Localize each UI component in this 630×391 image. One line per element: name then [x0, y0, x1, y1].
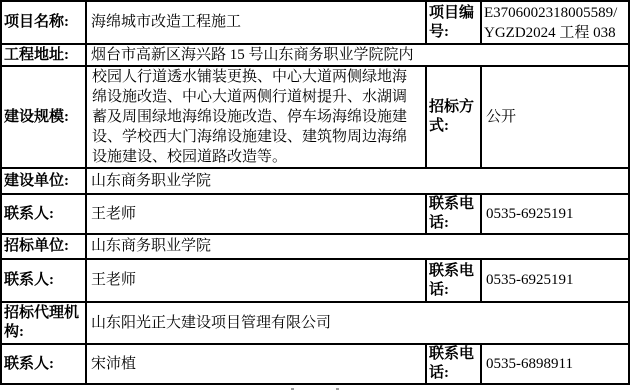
contact-phone-2-label: 联系电话:: [427, 260, 482, 303]
contact-phone-2-value: 0535-6925191: [482, 260, 628, 303]
construction-scale-label: 建设规模:: [2, 67, 87, 169]
tendering-agency-label: 招标代理机构:: [2, 303, 87, 345]
contact-person-1-value: 王老师: [87, 195, 427, 235]
project-info-document: 项目名称: 海绵城市改造工程施工 项目编号: E3706002318005589…: [0, 0, 630, 391]
contact-person-2-label: 联系人:: [2, 260, 87, 303]
contact-phone-1-value: 0535-6925191: [482, 195, 628, 235]
project-address-label: 工程地址:: [2, 45, 87, 67]
project-name-label: 项目名称:: [2, 2, 87, 45]
contact-person-2-value: 王老师: [87, 260, 427, 303]
contact-phone-1-label: 联系电话:: [427, 195, 482, 235]
project-info-table: 项目名称: 海绵城市改造工程施工 项目编号: E3706002318005589…: [0, 0, 630, 385]
table-continuation-mark: [336, 388, 339, 390]
contact-person-3-value: 宋沛植: [87, 345, 427, 383]
contact-phone-3-value: 0535-6898911: [482, 345, 628, 383]
project-name-value: 海绵城市改造工程施工: [87, 2, 427, 45]
tendering-unit-value: 山东商务职业学院: [87, 235, 628, 260]
project-number-value: E3706002318005589/ YGZD2024 工程 038: [482, 2, 628, 45]
construction-scale-value: 校园人行道透水铺装更换、中心大道两侧绿地海绵设施改造、中心大道两侧行道树提升、水…: [87, 67, 427, 169]
project-number-label: 项目编号:: [427, 2, 482, 45]
table-continuation-mark: [291, 388, 294, 390]
bidding-method-label: 招标方式:: [427, 67, 482, 169]
contact-person-1-label: 联系人:: [2, 195, 87, 235]
construction-unit-value: 山东商务职业学院: [87, 169, 628, 195]
tendering-unit-label: 招标单位:: [2, 235, 87, 260]
contact-person-3-label: 联系人:: [2, 345, 87, 383]
project-address-value: 烟台市高新区海兴路 15 号山东商务职业学院院内: [87, 45, 628, 67]
tendering-agency-value: 山东阳光正大建设项目管理有限公司: [87, 303, 628, 345]
construction-unit-label: 建设单位:: [2, 169, 87, 195]
bidding-method-value: 公开: [482, 67, 628, 169]
contact-phone-3-label: 联系电话:: [427, 345, 482, 383]
